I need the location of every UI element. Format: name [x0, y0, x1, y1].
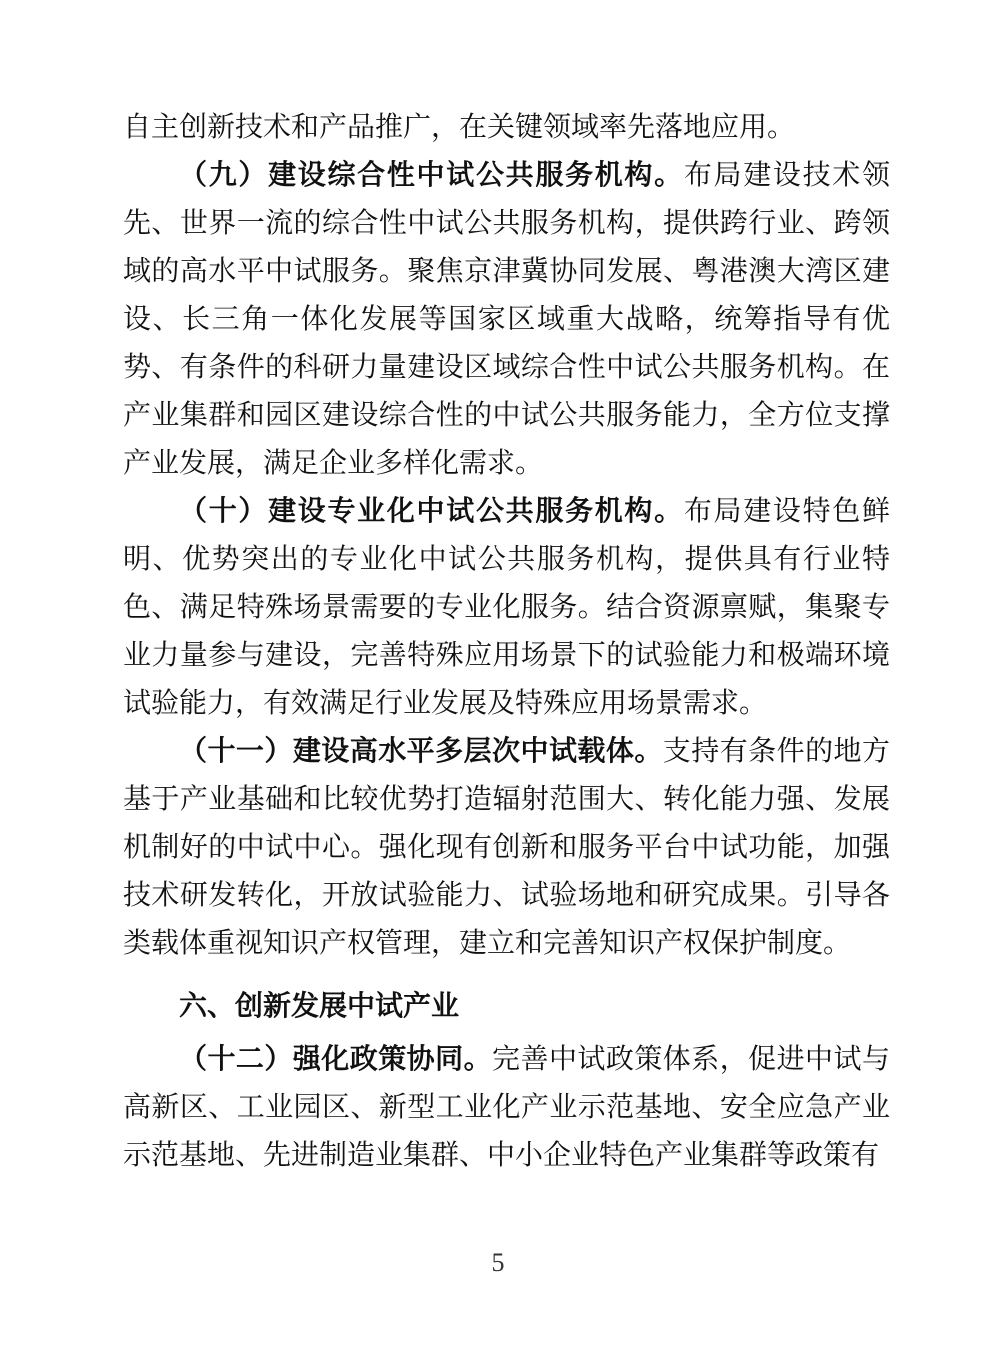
paragraph-lead: （十二）强化政策协同。 — [179, 1044, 492, 1075]
paragraph-text: 自主创新技术和产品推广，在关键领域率先落地应用。 — [123, 112, 795, 143]
paragraph-lead: （十一）建设高水平多层次中试载体。 — [179, 736, 663, 767]
document-body: 自主创新技术和产品推广，在关键领域率先落地应用。（九）建设综合性中试公共服务机构… — [123, 104, 890, 1180]
paragraph-text: 支持有条件的地方基于产业基础和比较优势打造辐射范围大、转化能力强、发展机制好的中… — [123, 736, 890, 959]
paragraph-text: 布局建设技术领先、世界一流的综合性中试公共服务机构，提供跨行业、跨领域的高水平中… — [123, 160, 890, 479]
section-heading: 六、创新发展中试产业 — [123, 982, 890, 1030]
paragraph: （十）建设专业化中试公共服务机构。布局建设特色鲜明、优势突出的专业化中试公共服务… — [123, 488, 890, 728]
document-page: 自主创新技术和产品推广，在关键领域率先落地应用。（九）建设综合性中试公共服务机构… — [0, 0, 996, 1351]
paragraph: （九）建设综合性中试公共服务机构。布局建设技术领先、世界一流的综合性中试公共服务… — [123, 152, 890, 488]
page-number: 5 — [0, 1248, 996, 1278]
paragraph: （十二）强化政策协同。完善中试政策体系，促进中试与高新区、工业园区、新型工业化产… — [123, 1036, 890, 1180]
paragraph: （十一）建设高水平多层次中试载体。支持有条件的地方基于产业基础和比较优势打造辐射… — [123, 728, 890, 968]
paragraph-text: 布局建设特色鲜明、优势突出的专业化中试公共服务机构，提供具有行业特色、满足特殊场… — [123, 496, 890, 719]
paragraph-lead: （十）建设专业化中试公共服务机构。 — [179, 496, 684, 527]
paragraph-continuation: 自主创新技术和产品推广，在关键领域率先落地应用。 — [123, 104, 890, 152]
paragraph-lead: （九）建设综合性中试公共服务机构。 — [179, 160, 684, 191]
